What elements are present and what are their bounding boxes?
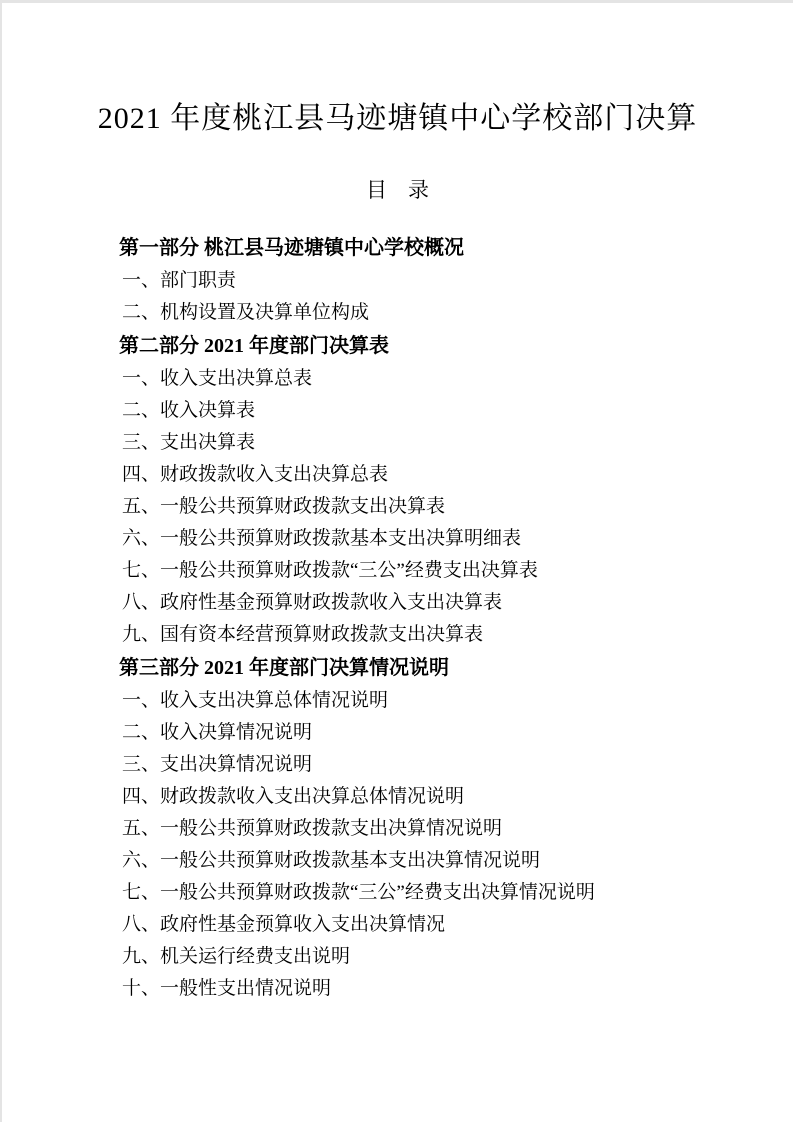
toc-item: 三、支出决算情况说明 <box>2 749 793 781</box>
toc-item: 四、财政拨款收入支出决算总体情况说明 <box>2 781 793 813</box>
toc-item: 八、政府性基金预算收入支出决算情况 <box>2 909 793 941</box>
toc-item: 六、一般公共预算财政拨款基本支出决算明细表 <box>2 523 793 555</box>
toc-item: 五、一般公共预算财政拨款支出决算情况说明 <box>2 813 793 845</box>
toc-item: 五、一般公共预算财政拨款支出决算表 <box>2 491 793 523</box>
toc-item: 三、支出决算表 <box>2 427 793 459</box>
document-title: 2021 年度桃江县马迹塘镇中心学校部门决算 <box>2 99 793 139</box>
toc-item: 六、一般公共预算财政拨款基本支出决算情况说明 <box>2 845 793 877</box>
toc-item: 九、机关运行经费支出说明 <box>2 941 793 973</box>
toc-item: 二、机构设置及决算单位构成 <box>2 297 793 329</box>
toc-item: 七、一般公共预算财政拨款“三公”经费支出决算表 <box>2 555 793 587</box>
toc-item: 八、政府性基金预算财政拨款收入支出决算表 <box>2 587 793 619</box>
toc-heading: 目 录 <box>2 177 793 203</box>
toc-item: 二、收入决算表 <box>2 395 793 427</box>
toc-item: 四、财政拨款收入支出决算总表 <box>2 459 793 491</box>
document-page: 2021 年度桃江县马迹塘镇中心学校部门决算 目 录 第一部分 桃江县马迹塘镇中… <box>2 3 793 1122</box>
toc-item: 七、一般公共预算财政拨款“三公”经费支出决算情况说明 <box>2 877 793 909</box>
toc-item: 十、一般性支出情况说明 <box>2 973 793 1005</box>
section-1-heading: 第一部分 桃江县马迹塘镇中心学校概况 <box>2 231 793 265</box>
toc-item: 一、收入支出决算总表 <box>2 363 793 395</box>
toc-item: 一、部门职责 <box>2 265 793 297</box>
table-of-contents: 第一部分 桃江县马迹塘镇中心学校概况 一、部门职责 二、机构设置及决算单位构成 … <box>2 231 793 1005</box>
toc-item: 九、国有资本经营预算财政拨款支出决算表 <box>2 619 793 651</box>
section-3-heading: 第三部分 2021 年度部门决算情况说明 <box>2 651 793 685</box>
toc-item: 二、收入决算情况说明 <box>2 717 793 749</box>
section-2-heading: 第二部分 2021 年度部门决算表 <box>2 329 793 363</box>
toc-item: 一、收入支出决算总体情况说明 <box>2 685 793 717</box>
